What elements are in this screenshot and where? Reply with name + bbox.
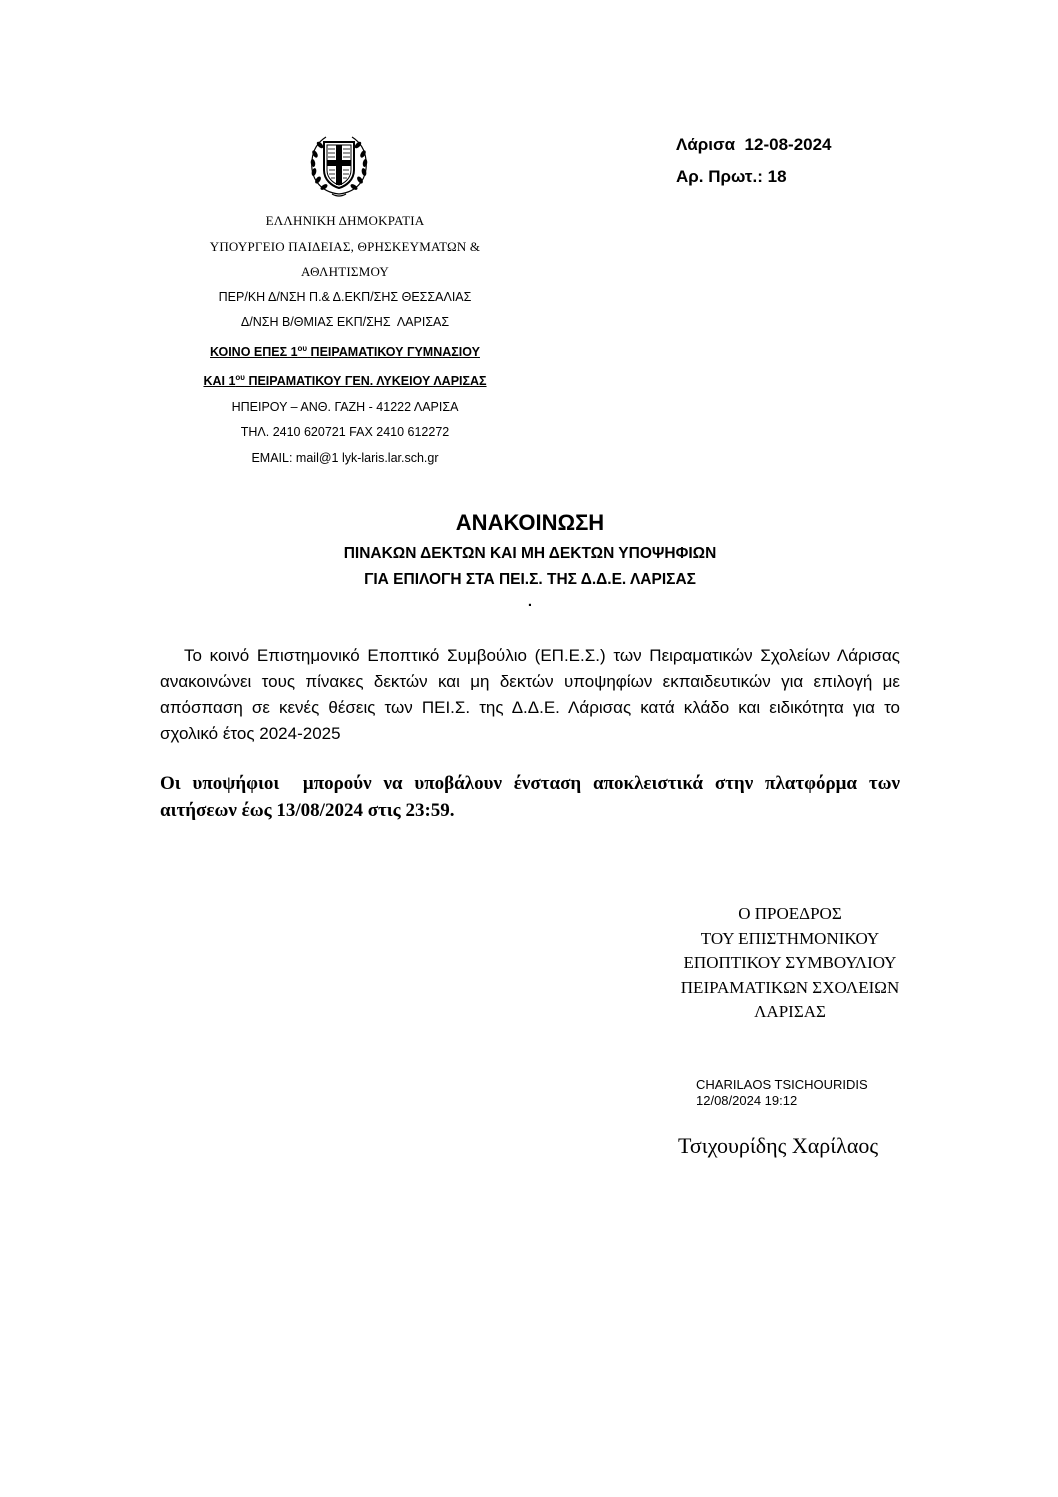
signature-title: Ο ΠΡΟΕΔΡΟΣ ΤΟΥ ΕΠΙΣΤΗΜΟΝΙΚΟΥ ΕΠΟΠΤΙΚΟΥ Σ… [640,902,940,1025]
date-block: Λάρισα 12-08-2024 Αρ. Πρωτ.: 18 [676,129,832,193]
objection-notice: Οι υποψήφιοι μπορούν να υποβάλουν ένστασ… [160,770,900,824]
letterhead-line: ΕΛΛΗΝΙΚΗ ΔΗΜΟΚΡΑΤΙΑ [160,208,530,234]
superscript: ου [298,344,308,353]
letterhead: ΕΛΛΗΝΙΚΗ ΔΗΜΟΚΡΑΤΙΑ ΥΠΟΥΡΓΕΙΟ ΠΑΙΔΕΙΑΣ, … [160,208,530,471]
announcement-title: ΑΝΑΚΟΙΝΩΣΗ [160,505,900,541]
letterhead-line: ΑΘΛΗΤΙΣΜΟΥ [160,259,530,285]
signer-name: Τσιχουρίδης Χαρίλαος [678,1131,878,1161]
superscript: ου [235,373,245,382]
announcement-subtitle: ΓΙΑ ΕΠΙΛΟΓΗ ΣΤΑ ΠΕΙ.Σ. ΤΗΣ Δ.Δ.Ε. ΛΑΡΙΣΑ… [160,567,900,593]
signature-title-line: ΕΠΟΠΤΙΚΟΥ ΣΥΜΒΟΥΛΙΟΥ [640,951,940,976]
signature-title-line: Ο ΠΡΟΕΔΡΟΣ [640,902,940,927]
letterhead-line: ΠΕΡ/ΚΗ Δ/ΝΣΗ Π.& Δ.ΕΚΠ/ΣΗΣ ΘΕΣΣΑΛΙΑΣ [160,285,530,311]
school-phone-fax: ΤΗΛ. 2410 620721 FAX 2410 612272 [160,420,530,446]
signature-title-line: ΠΕΙΡΑΜΑΤΙΚΩΝ ΣΧΟΛΕΙΩΝ [640,976,940,1001]
digital-signature-stamp: CHARILAOS TSICHOURIDIS 12/08/2024 19:12 [696,1077,868,1109]
announcement-body: Το κοινό Επιστημονικό Εποπτικό Συμβούλιο… [160,643,900,747]
digital-signature-timestamp: 12/08/2024 19:12 [696,1093,868,1109]
digital-signer-name: CHARILAOS TSICHOURIDIS [696,1077,868,1093]
signature-title-line: ΤΟΥ ΕΠΙΣΤΗΜΟΝΙΚΟΥ [640,927,940,952]
title-dot: . [160,593,900,611]
school-name-line-2: ΚΑΙ 1ου ΠΕΙΡΑΜΑΤΙΚΟΥ ΓΕΝ. ΛΥΚΕΙΟΥ ΛΑΡΙΣΑ… [160,365,530,395]
greek-coat-of-arms-icon [306,130,372,200]
letterhead-line: Δ/ΝΣΗ Β/ΘΜΙΑΣ ΕΚΠ/ΣΗΣ ΛΑΡΙΣΑΣ [160,310,530,336]
school-name-part: ΚΑΙ 1 [203,374,235,388]
announcement-subtitle: ΠΙΝΑΚΩΝ ΔΕΚΤΩΝ ΚΑΙ ΜΗ ΔΕΚΤΩΝ ΥΠΟΨΗΦΙΩΝ [160,541,900,567]
school-name-part: ΠΕΙΡΑΜΑΤΙΚΟΥ ΓΕΝ. ΛΥΚΕΙΟΥ ΛΑΡΙΣΑΣ [245,374,487,388]
school-name-line-1: ΚΟΙΝΟ ΕΠΕΣ 1ου ΠΕΙΡΑΜΑΤΙΚΟΥ ΓΥΜΝΑΣΙΟΥ [160,336,530,366]
school-name-part: ΠΕΙΡΑΜΑΤΙΚΟΥ ΓΥΜΝΑΣΙΟΥ [307,345,480,359]
place-date: Λάρισα 12-08-2024 [676,129,832,161]
school-email: EMAIL: mail@1 lyk-laris.lar.sch.gr [160,446,530,472]
announcement-title-block: ΑΝΑΚΟΙΝΩΣΗ ΠΙΝΑΚΩΝ ΔΕΚΤΩΝ ΚΑΙ ΜΗ ΔΕΚΤΩΝ … [160,505,900,611]
school-name-part: ΚΟΙΝΟ ΕΠΕΣ 1 [210,345,298,359]
signature-title-line: ΛΑΡΙΣΑΣ [640,1000,940,1025]
protocol-number: Αρ. Πρωτ.: 18 [676,161,832,193]
letterhead-line: ΥΠΟΥΡΓΕΙΟ ΠΑΙΔΕΙΑΣ, ΘΡΗΣΚΕΥΜΑΤΩΝ & [160,234,530,260]
school-address: ΗΠΕΙΡΟΥ – ΑΝΘ. ΓΑΖΗ - 41222 ΛΑΡΙΣΑ [160,395,530,421]
